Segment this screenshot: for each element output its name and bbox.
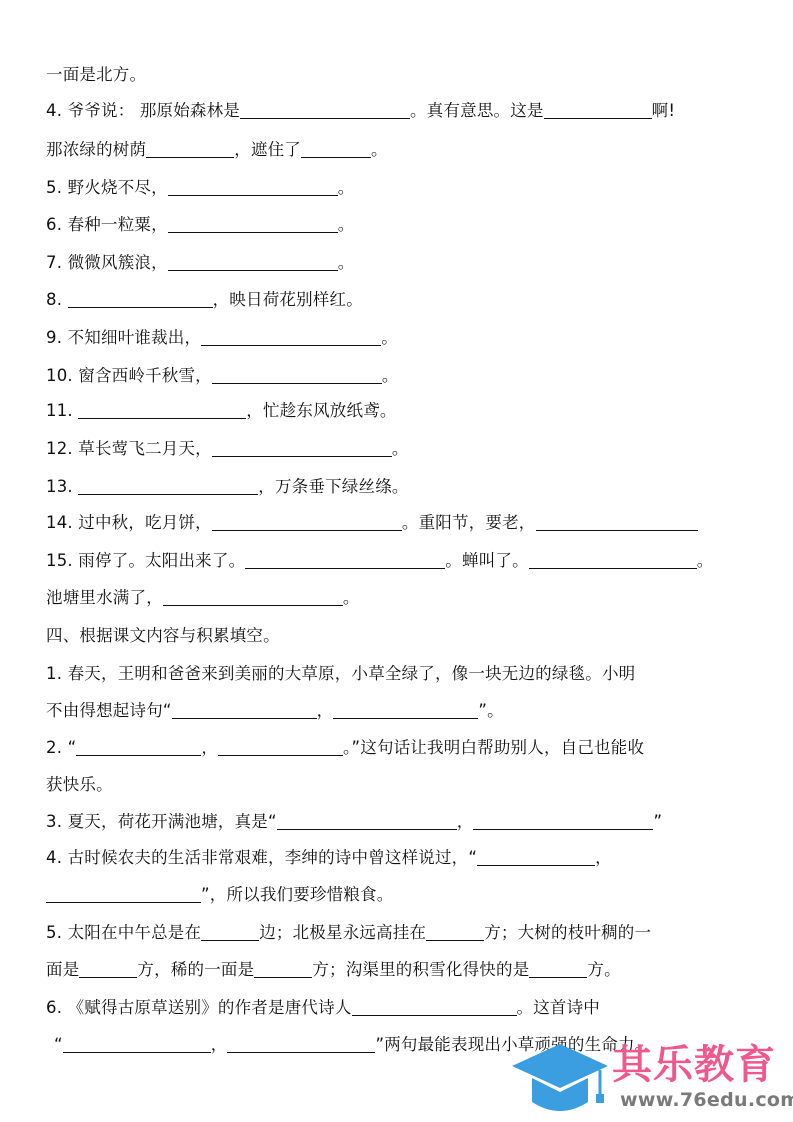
fill-in-blank[interactable]: [536, 514, 698, 531]
line-text: 。: [392, 439, 409, 458]
worksheet-line: 5. 野火烧不尽，。: [46, 177, 355, 199]
line-text: 四、根据课文内容与积累填空。: [46, 626, 280, 645]
worksheet-line: 11. ，忙趁东风放纸鸢。: [46, 400, 397, 422]
line-text: 那浓绿的树荫: [46, 140, 146, 159]
line-text: 。: [338, 178, 355, 197]
line-text: “: [54, 1035, 63, 1054]
line-text: 4. 古时候农夫的生活非常艰难，李绅的诗中曾这样说过，“: [46, 848, 477, 867]
fill-in-blank[interactable]: [79, 961, 137, 978]
line-text: 。真有意思。这是: [410, 101, 544, 120]
line-text: 10. 窗含西岭千秋雪，: [46, 366, 212, 385]
worksheet-line: 四、根据课文内容与积累填空。: [46, 625, 280, 647]
worksheet-line: 那浓绿的树荫，遮住了。: [46, 139, 388, 161]
worksheet-line: 15. 雨停了。太阳出来了。。蝉叫了。。: [46, 550, 714, 572]
line-text: ，: [317, 701, 334, 720]
line-text: 1. 春天，王明和爸爸来到美丽的大草原，小草全绿了，像一块无边的绿毯。小明: [46, 664, 635, 683]
line-text: 12. 草长莺飞二月天，: [46, 439, 212, 458]
line-text: 。这首诗中: [517, 998, 601, 1017]
line-text: 2. “: [46, 738, 76, 757]
worksheet-line: 不由得想起诗句“，”。: [46, 700, 504, 722]
line-text: 边；北极星永远高挂在: [259, 923, 426, 942]
worksheet-line: ”，所以我们要珍惜粮食。: [46, 884, 393, 906]
line-text: 方。: [587, 960, 620, 979]
line-text: 5. 野火烧不尽，: [46, 178, 168, 197]
worksheet-line: 1. 春天，王明和爸爸来到美丽的大草原，小草全绿了，像一块无边的绿毯。小明: [46, 663, 635, 685]
fill-in-blank[interactable]: [301, 141, 371, 158]
fill-in-blank[interactable]: [245, 552, 445, 569]
line-text: 7. 微微风簇浪，: [46, 253, 168, 272]
fill-in-blank[interactable]: [201, 329, 381, 346]
fill-in-blank[interactable]: [544, 102, 652, 119]
fill-in-blank[interactable]: [529, 552, 697, 569]
worksheet-line: 6. 《赋得古原草送别》的作者是唐代诗人。这首诗中: [46, 997, 600, 1019]
line-text: 11.: [46, 401, 78, 420]
worksheet-line: 4. 爷爷说： 那原始森林是。真有意思。这是啊!: [46, 100, 675, 122]
line-text: 。重阳节，要老，: [402, 513, 536, 532]
line-text: 3. 夏天，荷花开满池塘，真是“: [46, 812, 277, 831]
line-text: 方，稀的一面是: [137, 960, 254, 979]
worksheet-line: 12. 草长莺飞二月天，。: [46, 438, 409, 460]
fill-in-blank[interactable]: [352, 999, 517, 1016]
line-text: 13.: [46, 477, 78, 496]
fill-in-blank[interactable]: [63, 1036, 211, 1053]
fill-in-blank[interactable]: [212, 514, 402, 531]
worksheet-line: 7. 微微风簇浪，。: [46, 252, 355, 274]
line-text: 。: [381, 328, 398, 347]
line-text: 8.: [46, 290, 68, 309]
worksheet-line: 10. 窗含西岭千秋雪，。: [46, 365, 399, 387]
line-text: ，万条垂下绿丝绦。: [258, 477, 408, 496]
line-text: 15. 雨停了。太阳出来了。: [46, 551, 245, 570]
line-text: 。: [371, 140, 388, 159]
line-text: 一面是北方。: [46, 65, 146, 84]
line-text: 9. 不知细叶谁裁出，: [46, 328, 201, 347]
worksheet-line: 8. ，映日荷花别样红。: [46, 289, 363, 311]
line-text: 面是: [46, 960, 79, 979]
worksheet-line: 14. 过中秋，吃月饼，。重阳节，要老，: [46, 512, 698, 534]
worksheet-line: 面是方，稀的一面是方；沟渠里的积雪化得快的是方。: [46, 959, 621, 981]
worksheet-line: 13. ，万条垂下绿丝绦。: [46, 476, 409, 498]
line-text: 。”这句话让我明白帮助别人，自己也能收: [343, 738, 644, 757]
fill-in-blank[interactable]: [163, 589, 343, 606]
line-text: ，: [211, 1035, 228, 1054]
fill-in-blank[interactable]: [218, 739, 343, 756]
line-text: 。: [338, 215, 355, 234]
line-text: 不由得想起诗句“: [46, 701, 172, 720]
worksheet-line: 2. “，。”这句话让我明白帮助别人，自己也能收: [46, 737, 644, 759]
worksheet-line: 4. 古时候农夫的生活非常艰难，李绅的诗中曾这样说过，“，: [46, 847, 612, 869]
line-text: 方；大树的枝叶稠的一: [484, 923, 651, 942]
fill-in-blank[interactable]: [254, 961, 312, 978]
fill-in-blank[interactable]: [146, 141, 234, 158]
fill-in-blank[interactable]: [172, 702, 317, 719]
line-text: 6. 《赋得古原草送别》的作者是唐代诗人: [46, 998, 352, 1017]
line-text: 。: [697, 551, 714, 570]
line-text: ，忙趁东风放纸鸢。: [246, 401, 396, 420]
line-text: 方；沟渠里的积雪化得快的是: [312, 960, 529, 979]
fill-in-blank[interactable]: [477, 849, 595, 866]
worksheet-line: 9. 不知细叶谁裁出，。: [46, 327, 398, 349]
line-text: ”: [653, 812, 662, 831]
line-text: ，: [457, 812, 474, 831]
line-text: 。: [343, 588, 360, 607]
line-text: 啊!: [652, 101, 676, 120]
fill-in-blank[interactable]: [201, 924, 259, 941]
fill-in-blank[interactable]: [168, 179, 338, 196]
fill-in-blank[interactable]: [529, 961, 587, 978]
line-text: 获快乐。: [46, 775, 113, 794]
line-text: ，遮住了: [234, 140, 301, 159]
watermark-title: 其乐教育: [612, 1042, 776, 1088]
line-text: ”。: [478, 701, 503, 720]
fill-in-blank[interactable]: [46, 886, 201, 903]
graduation-cap-icon: [510, 1040, 610, 1115]
worksheet-line: 池塘里水满了，。: [46, 587, 360, 609]
worksheet-line: 获快乐。: [46, 774, 113, 796]
worksheet-line: 3. 夏天，荷花开满池塘，真是“，”: [46, 811, 662, 833]
fill-in-blank[interactable]: [426, 924, 484, 941]
fill-in-blank[interactable]: [333, 702, 478, 719]
line-text: 。: [338, 253, 355, 272]
line-text: 池塘里水满了，: [46, 588, 163, 607]
line-text: 。: [382, 366, 399, 385]
fill-in-blank[interactable]: [277, 813, 457, 830]
fill-in-blank[interactable]: [240, 102, 410, 119]
worksheet-line: 6. 春种一粒粟，。: [46, 214, 355, 236]
line-text: 4. 爷爷说： 那原始森林是: [46, 101, 240, 120]
line-text: ，: [595, 848, 612, 867]
watermark-url: www.76edu.com: [620, 1089, 793, 1111]
fill-in-blank[interactable]: [212, 440, 392, 457]
line-text: 6. 春种一粒粟，: [46, 215, 168, 234]
fill-in-blank[interactable]: [168, 254, 338, 271]
line-text: ”，所以我们要珍惜粮食。: [201, 885, 393, 904]
fill-in-blank[interactable]: [227, 1036, 375, 1053]
fill-in-blank[interactable]: [68, 291, 213, 308]
line-text: ，: [201, 738, 218, 757]
line-text: 。蝉叫了。: [445, 551, 529, 570]
fill-in-blank[interactable]: [473, 813, 653, 830]
fill-in-blank[interactable]: [168, 216, 338, 233]
fill-in-blank[interactable]: [76, 739, 201, 756]
fill-in-blank[interactable]: [212, 367, 382, 384]
line-text: ，映日荷花别样红。: [213, 290, 363, 309]
line-text: 14. 过中秋，吃月饼，: [46, 513, 212, 532]
fill-in-blank[interactable]: [78, 478, 258, 495]
worksheet-line: 一面是北方。: [46, 64, 146, 86]
fill-in-blank[interactable]: [78, 402, 246, 419]
line-text: 5. 太阳在中午总是在: [46, 923, 201, 942]
worksheet-line: 5. 太阳在中午总是在边；北极星永远高挂在方；大树的枝叶稠的一: [46, 922, 651, 944]
